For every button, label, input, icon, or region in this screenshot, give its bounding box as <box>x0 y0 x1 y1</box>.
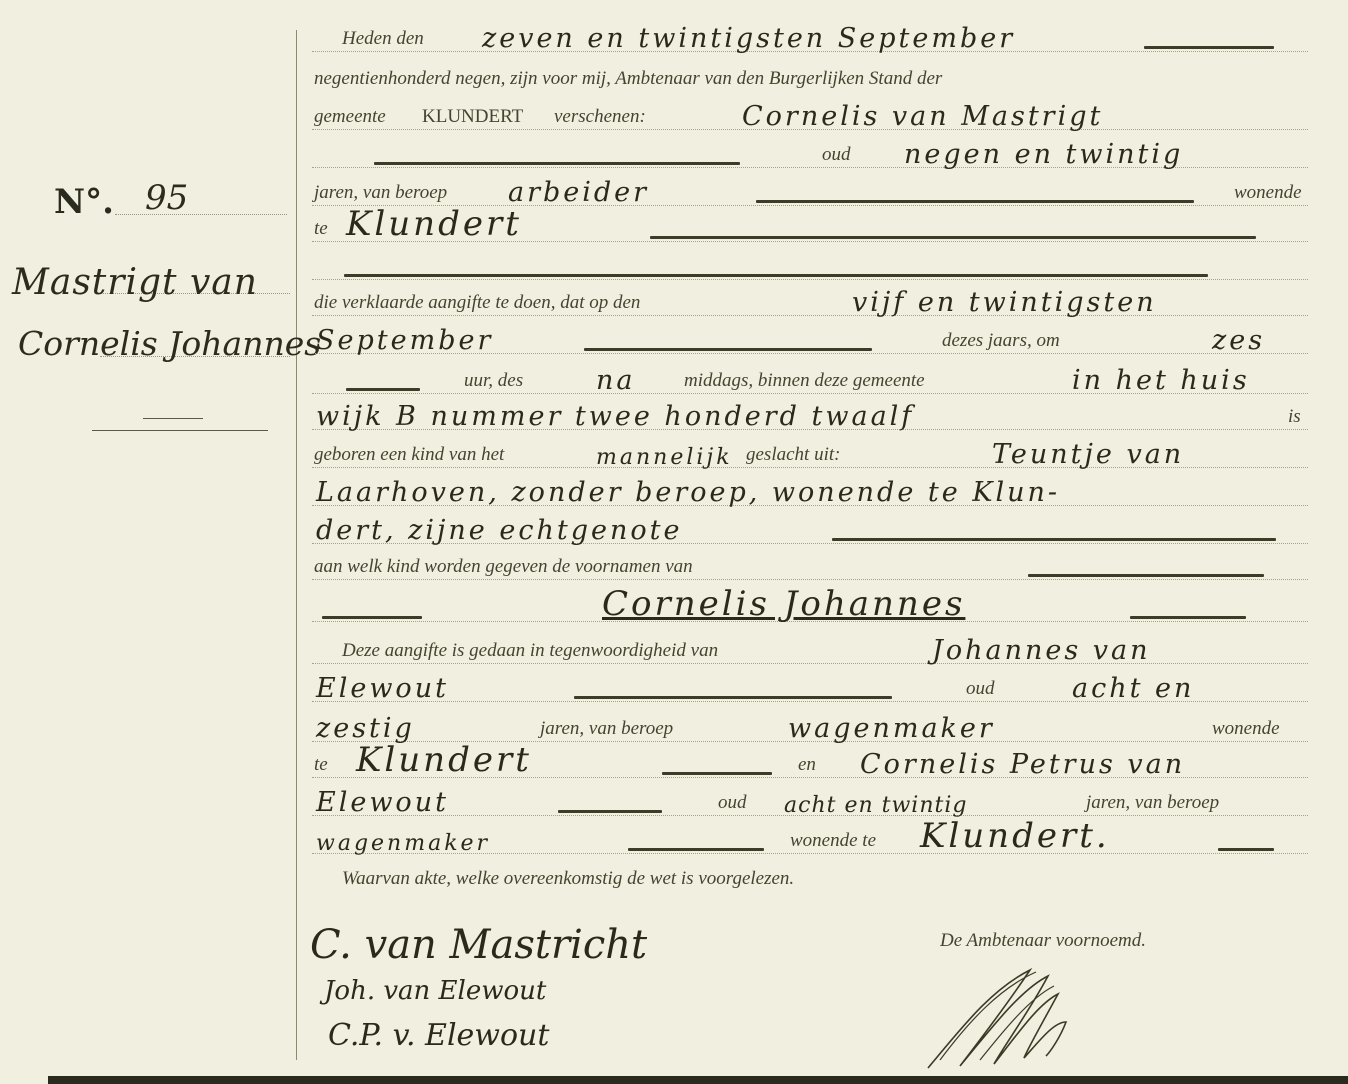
handwritten-mother-details: Laarhoven, zonder beroep, wonende te Klu… <box>316 477 1060 508</box>
official-label: De Ambtenaar voornoemd. <box>940 930 1146 952</box>
filler-dash <box>628 848 764 851</box>
handwritten-witness2-name: Cornelis Petrus van <box>860 749 1185 780</box>
handwritten-witness1-occupation: wagenmaker <box>788 713 995 744</box>
printed-text: Deze aangifte is gedaan in tegenwoordigh… <box>340 640 720 662</box>
municipality-name: KLUNDERT <box>420 106 525 128</box>
filler-dash <box>344 274 1208 277</box>
number-dotted-line <box>115 214 287 215</box>
form-line: Laarhoven, zonder beroep, wonende te Klu… <box>312 480 1308 510</box>
form-line: wagenmaker wonende te Klundert. <box>312 828 1308 858</box>
filler-dash <box>584 348 872 351</box>
form-line: Heden den zeven en twintigsten September <box>312 26 1308 56</box>
handwritten-residence: Klundert <box>346 204 522 244</box>
margin-given-names: Cornelis Johannes <box>18 324 321 363</box>
printed-text: die verklaarde aangifte te doen, dat op … <box>312 292 642 314</box>
form-line: oud negen en twintig <box>312 142 1308 172</box>
printed-text: en <box>796 754 818 776</box>
handwritten-witness1-surname: Elewout <box>316 673 449 704</box>
number-label: N°. <box>54 182 114 222</box>
closing-statement: Waarvan akte, welke overeenkomstig de we… <box>340 868 796 890</box>
handwritten-declarant-name: Cornelis van Mastrigt <box>742 101 1103 132</box>
handwritten-witness1-name: Johannes van <box>932 635 1151 666</box>
form-line: dert, zijne echtgenote <box>312 518 1308 548</box>
form-line: die verklaarde aangifte te doen, dat op … <box>312 290 1308 320</box>
handwritten-mother-relation: dert, zijne echtgenote <box>316 515 682 546</box>
printed-text: wonende <box>1210 718 1282 740</box>
printed-text: is <box>1286 406 1303 428</box>
handwritten-witness2-surname: Elewout <box>316 787 449 818</box>
handwritten-date: zeven en twintigsten September <box>482 23 1015 54</box>
filler-dash <box>1144 46 1274 49</box>
filler-dash <box>1028 574 1264 577</box>
handwritten-mother-name: Teuntje van <box>992 439 1184 470</box>
printed-text: verschenen: <box>552 106 648 128</box>
printed-text: te <box>312 754 330 776</box>
handwritten-witness2-age: acht en twintig <box>784 793 967 818</box>
printed-text: wonende te <box>788 830 878 852</box>
handwritten-witness2-occupation: wagenmaker <box>316 831 490 856</box>
handwritten-birth-month: September <box>316 325 493 356</box>
printed-text: uur, des <box>462 370 525 392</box>
handwritten-address: wijk B nummer twee honderd twaalf <box>316 401 914 432</box>
filler-dash <box>322 616 422 619</box>
printed-text: geboren een kind van het <box>312 444 506 466</box>
printed-text: jaren, van beroep <box>538 718 675 740</box>
printed-text: jaren, van beroep <box>1084 792 1221 814</box>
filler-dash <box>558 810 662 813</box>
form-line: te Klundert <box>312 216 1308 246</box>
printed-text: te <box>312 218 330 240</box>
form-line: Elewout oud acht en twintig jaren, van b… <box>312 790 1308 820</box>
handwritten-birth-date: vijf en twintigsten <box>852 287 1157 318</box>
printed-text: jaren, van beroep <box>312 182 449 204</box>
margin-divider <box>296 30 297 1060</box>
printed-text: Heden den <box>340 28 426 50</box>
printed-text: middags, binnen deze gemeente <box>682 370 927 392</box>
margin-long-rule <box>92 430 268 431</box>
form-line: Deze aangifte is gedaan in tegenwoordigh… <box>312 638 1308 668</box>
form-line: wijk B nummer twee honderd twaalf is <box>312 404 1308 434</box>
handwritten-child-names: Cornelis Johannes <box>602 584 965 624</box>
printed-text: wonende <box>1232 182 1304 204</box>
handwritten-occupation: arbeider <box>508 177 649 208</box>
handwritten-witness1-residence: Klundert <box>356 740 532 780</box>
form-line: negentienhonderd negen, zijn voor mij, A… <box>312 66 1308 96</box>
handwritten-age: negen en twintig <box>904 139 1183 170</box>
declarant-signature: C. van Mastricht <box>310 922 647 968</box>
printed-text: oud <box>964 678 997 700</box>
form-line <box>312 254 1308 284</box>
handwritten-period: na <box>596 365 636 396</box>
printed-text: aan welk kind worden gegeven de voorname… <box>312 556 695 578</box>
filler-dash <box>650 236 1256 239</box>
form-line: Elewout oud acht en <box>312 676 1308 706</box>
printed-text: negentienhonderd negen, zijn voor mij, A… <box>312 68 944 90</box>
handwritten-witness1-age: acht en <box>1072 673 1194 704</box>
handwritten-hour: zes <box>1212 325 1265 356</box>
form-line: September dezes jaars, om zes <box>312 328 1308 358</box>
form-line: uur, des na middags, binnen deze gemeent… <box>312 368 1308 398</box>
filler-dash <box>1130 616 1246 619</box>
form-line: geboren een kind van het mannelijk gesla… <box>312 442 1308 472</box>
filler-dash <box>574 696 892 699</box>
certificate-number: 95 <box>145 178 188 218</box>
form-line: te Klundert en Cornelis Petrus van <box>312 752 1308 782</box>
printed-text: geslacht uit: <box>744 444 842 466</box>
form-line: Waarvan akte, welke overeenkomstig de we… <box>312 866 1308 896</box>
margin-surname: Mastrigt van <box>12 262 258 303</box>
filler-dash <box>832 538 1276 541</box>
filler-dash <box>346 388 420 391</box>
margin-short-rule <box>143 418 203 419</box>
witness1-signature: Joh. van Elewout <box>324 976 546 1006</box>
page-bottom-border <box>48 1076 1348 1084</box>
witness2-signature: C.P. v. Elewout <box>328 1018 549 1053</box>
handwritten-sex: mannelijk <box>596 445 733 470</box>
form-line: gemeente KLUNDERT verschenen: Cornelis v… <box>312 104 1308 134</box>
printed-text: oud <box>820 144 853 166</box>
filler-dash <box>662 772 772 775</box>
handwritten-witness2-residence: Klundert. <box>920 816 1110 856</box>
birth-certificate-page: N°. 95 Mastrigt van Cornelis Johannes He… <box>0 0 1348 1084</box>
form-line: Cornelis Johannes <box>312 596 1308 626</box>
handwritten-location: in het huis <box>1072 365 1250 396</box>
form-line: aan welk kind worden gegeven de voorname… <box>312 554 1308 584</box>
printed-text: oud <box>716 792 749 814</box>
filler-dash <box>374 162 740 165</box>
printed-text: gemeente <box>312 106 388 128</box>
filler-dash <box>756 200 1194 203</box>
printed-text: dezes jaars, om <box>940 330 1062 352</box>
official-signature-scribble <box>920 960 1100 1080</box>
filler-dash <box>1218 848 1274 851</box>
